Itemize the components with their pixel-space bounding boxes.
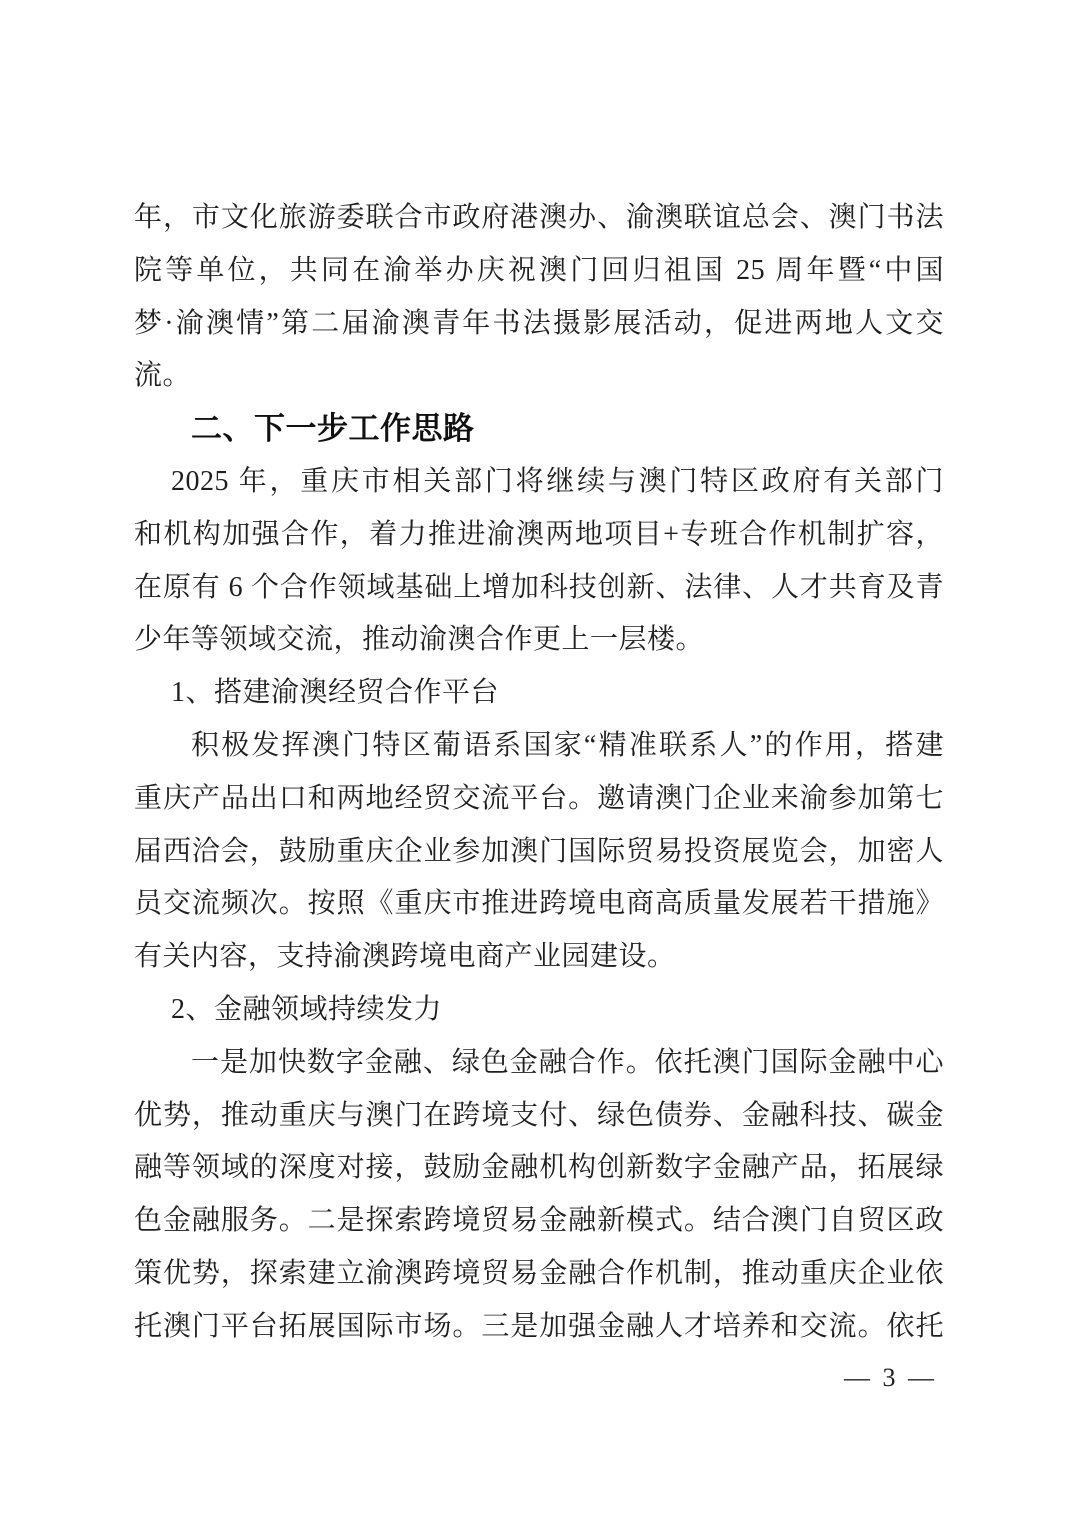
text-line: 积极发挥澳门特区葡语系国家“精准联系人”的作用，搭建 [134,720,944,773]
text-line: 院等单位，共同在渝举办庆祝澳门回归祖国 25 周年暨“中国 [134,245,944,298]
text-line: 和机构加强合作，着力推进渝澳两地项目+专班合作机制扩容， [134,509,944,562]
text-line: 有关内容，支持渝澳跨境电商产业园建设。 [134,931,944,984]
text-line: 员交流频次。按照《重庆市推进跨境电商高质量发展若干措施》 [134,878,944,931]
text-line: 优势，推动重庆与澳门在跨境支付、绿色债券、金融科技、碳金 [134,1090,944,1143]
text-line: 融等领域的深度对接，鼓励金融机构创新数字金融产品，拓展绿 [134,1142,944,1195]
text-line: 2、金融领域持续发力 [134,984,944,1037]
text-line: 流。 [134,350,944,403]
text-line: 在原有 6 个合作领域基础上增加科技创新、法律、人才共育及青 [134,562,944,615]
text-line: 届西洽会，鼓励重庆企业参加澳门国际贸易投资展览会，加密人 [134,826,944,879]
document-page: 年，市文化旅游委联合市政府港澳办、渝澳联谊总会、澳门书法院等单位，共同在渝举办庆… [0,0,1074,1520]
text-line: 2025 年，重庆市相关部门将继续与澳门特区政府有关部门 [134,456,944,509]
page-number: — 3 — [844,1363,937,1393]
text-line: 梦·渝澳情”第二届渝澳青年书法摄影展活动，促进两地人文交 [134,298,944,351]
text-line: 策优势，探索建立渝澳跨境贸易金融合作机制，推动重庆企业依 [134,1248,944,1301]
text-line: 少年等领域交流，推动渝澳合作更上一层楼。 [134,614,944,667]
text-line: 1、搭建渝澳经贸合作平台 [134,667,944,720]
text-line: 色金融服务。二是探索跨境贸易金融新模式。结合澳门自贸区政 [134,1195,944,1248]
text-line: 一是加快数字金融、绿色金融合作。依托澳门国际金融中心 [134,1037,944,1090]
text-line: 重庆产品出口和两地经贸交流平台。邀请澳门企业来渝参加第七 [134,773,944,826]
section-heading: 二、下一步工作思路 [134,403,944,456]
text-line: 托澳门平台拓展国际市场。三是加强金融人才培养和交流。依托 [134,1301,944,1354]
text-line: 年，市文化旅游委联合市政府港澳办、渝澳联谊总会、澳门书法 [134,192,944,245]
text-block: 年，市文化旅游委联合市政府港澳办、渝澳联谊总会、澳门书法院等单位，共同在渝举办庆… [134,192,944,1354]
